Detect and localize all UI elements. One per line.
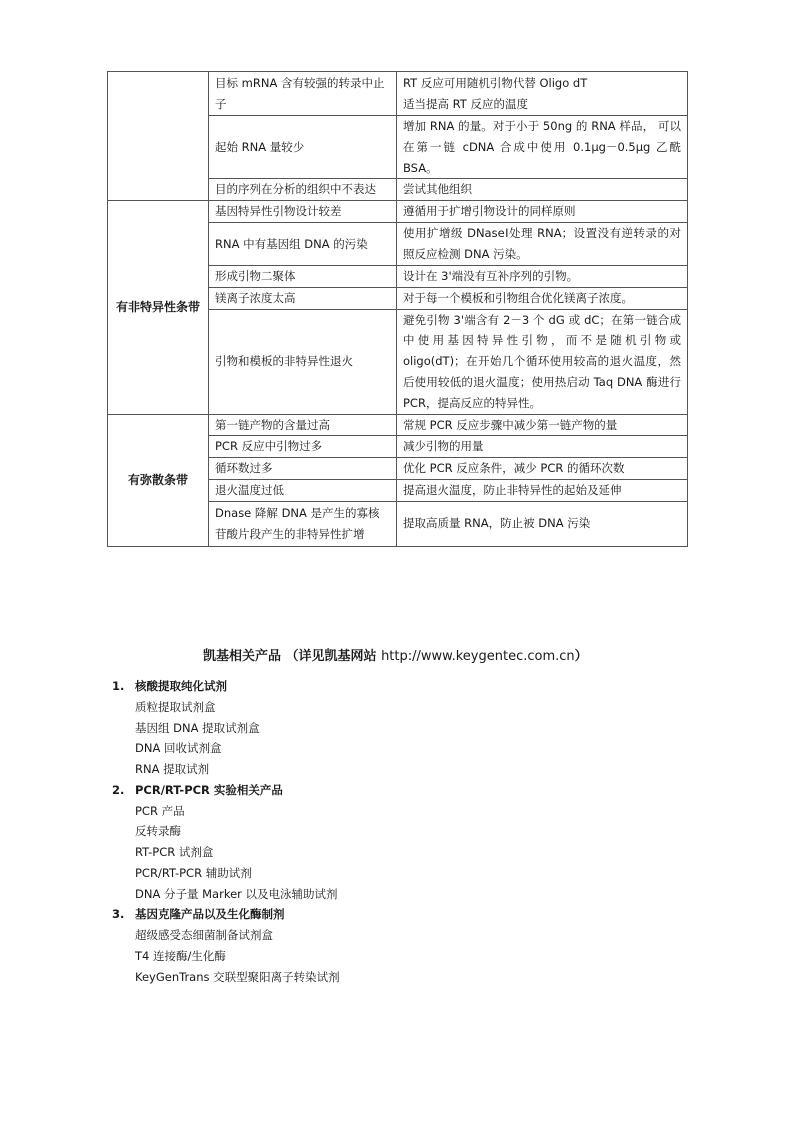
product-item: 基因组 DNA 提取试剂盒	[135, 718, 260, 739]
list-item: RT-PCR 试剂盒	[0, 842, 794, 863]
category-number: 2.	[112, 780, 124, 801]
table-row: 有弥散条带 第一链产物的含量过高 常规 PCR 反应步骤中减少第一链产物的量	[108, 414, 688, 436]
cause-cell: 目标 mRNA 含有较强的转录中止子	[209, 72, 397, 116]
cause-cell: 退火温度过低	[209, 479, 397, 501]
solution-cell: 对于每一个模板和引物组合优化镁离子浓度。	[397, 287, 688, 309]
website-link[interactable]: http://www.keygentec.com.cn	[381, 649, 575, 664]
solution-cell: 避免引物 3'端含有 2－3 个 dG 或 dC；在第一链合成中使用基因特异性引…	[397, 309, 688, 414]
solution-cell: 设计在 3'端没有互补序列的引物。	[397, 265, 688, 287]
product-category: 1. 核酸提取纯化试剂	[0, 676, 794, 697]
cause-cell: 目的序列在分析的组织中不表达	[209, 179, 397, 201]
solution-cell: 提高退火温度，防止非特异性的起始及延伸	[397, 479, 688, 501]
product-item: PCR 产品	[135, 801, 185, 822]
solution-cell: 遵循用于扩增引物设计的同样原则	[397, 201, 688, 223]
list-item: DNA 分子量 Marker 以及电泳辅助试剂	[0, 884, 794, 905]
product-item: 反转录酶	[135, 821, 181, 842]
solution-cell: 提取高质量 RNA，防止被 DNA 污染	[397, 501, 688, 546]
category-number: 1.	[112, 676, 124, 697]
cause-cell: 形成引物二聚体	[209, 265, 397, 287]
category-number: 3.	[112, 904, 124, 925]
cause-cell: RNA 中有基因组 DNA 的污染	[209, 222, 397, 265]
list-item: KeyGenTrans 交联型聚阳离子转染试剂	[0, 967, 794, 988]
product-item: PCR/RT-PCR 辅助试剂	[135, 863, 252, 884]
solution-cell: 优化 PCR 反应条件，减少 PCR 的循环次数	[397, 458, 688, 480]
product-item: RT-PCR 试剂盒	[135, 842, 213, 863]
product-list: 1. 核酸提取纯化试剂 质粒提取试剂盒 基因组 DNA 提取试剂盒 DNA 回收…	[0, 676, 794, 987]
category-title: PCR/RT-PCR 实验相关产品	[135, 780, 283, 801]
solution-cell: 减少引物的用量	[397, 436, 688, 458]
list-item: T4 连接酶/生化酶	[0, 946, 794, 967]
cause-cell: 循环数过多	[209, 458, 397, 480]
list-item: 基因组 DNA 提取试剂盒	[0, 718, 794, 739]
products-heading: 凯基相关产品 （详见凯基网站 http://www.keygentec.com.…	[203, 645, 588, 664]
category-title: 基因克隆产品以及生化酶制剂	[135, 904, 285, 925]
troubleshooting-table: 目标 mRNA 含有较强的转录中止子 RT 反应可用随机引物代替 Oligo d…	[107, 71, 688, 547]
category-cell: 有非特异性条带	[108, 201, 209, 414]
list-item: DNA 回收试剂盒	[0, 738, 794, 759]
list-item: 质粒提取试剂盒	[0, 697, 794, 718]
solution-cell: 增加 RNA 的量。对于小于 50ng 的 RNA 样品， 可以在第一链 cDN…	[397, 116, 688, 179]
solution-cell: 使用扩增级 DNaseⅠ处理 RNA；设置没有逆转录的对照反应检测 DNA 污染…	[397, 222, 688, 265]
cause-cell: 基因特异性引物设计较差	[209, 201, 397, 223]
product-item: 质粒提取试剂盒	[135, 697, 216, 718]
cause-cell: 第一链产物的含量过高	[209, 414, 397, 436]
table-row: 目标 mRNA 含有较强的转录中止子 RT 反应可用随机引物代替 Oligo d…	[108, 72, 688, 116]
list-item: PCR 产品	[0, 801, 794, 822]
solution-cell: 尝试其他组织	[397, 179, 688, 201]
product-item: DNA 回收试剂盒	[135, 738, 221, 759]
solution-cell: 常规 PCR 反应步骤中减少第一链产物的量	[397, 414, 688, 436]
product-item: 超级感受态细菌制备试剂盒	[135, 925, 273, 946]
document-page: 目标 mRNA 含有较强的转录中止子 RT 反应可用随机引物代替 Oligo d…	[0, 0, 794, 1123]
list-item: 反转录酶	[0, 821, 794, 842]
product-category: 2. PCR/RT-PCR 实验相关产品	[0, 780, 794, 801]
cause-cell: 引物和模板的非特异性退火	[209, 309, 397, 414]
solution-cell: RT 反应可用随机引物代替 Oligo dT 适当提高 RT 反应的温度	[397, 72, 688, 116]
cause-cell: 起始 RNA 量较少	[209, 116, 397, 179]
category-title: 核酸提取纯化试剂	[135, 676, 227, 697]
cause-cell: 镁离子浓度太高	[209, 287, 397, 309]
cause-cell: Dnase 降解 DNA 是产生的寡核苷酸片段产生的非特异性扩增	[209, 501, 397, 546]
product-category: 3. 基因克隆产品以及生化酶制剂	[0, 904, 794, 925]
table-row: 有非特异性条带 基因特异性引物设计较差 遵循用于扩增引物设计的同样原则	[108, 201, 688, 223]
product-item: RNA 提取试剂	[135, 759, 209, 780]
heading-text: 凯基相关产品 （详见凯基网站	[203, 649, 381, 664]
heading-close: ）	[575, 649, 588, 664]
list-item: 超级感受态细菌制备试剂盒	[0, 925, 794, 946]
category-cell	[108, 72, 209, 201]
product-item: KeyGenTrans 交联型聚阳离子转染试剂	[135, 967, 340, 988]
list-item: RNA 提取试剂	[0, 759, 794, 780]
product-item: T4 连接酶/生化酶	[135, 946, 226, 967]
product-item: DNA 分子量 Marker 以及电泳辅助试剂	[135, 884, 338, 905]
list-item: PCR/RT-PCR 辅助试剂	[0, 863, 794, 884]
category-cell: 有弥散条带	[108, 414, 209, 546]
cause-cell: PCR 反应中引物过多	[209, 436, 397, 458]
